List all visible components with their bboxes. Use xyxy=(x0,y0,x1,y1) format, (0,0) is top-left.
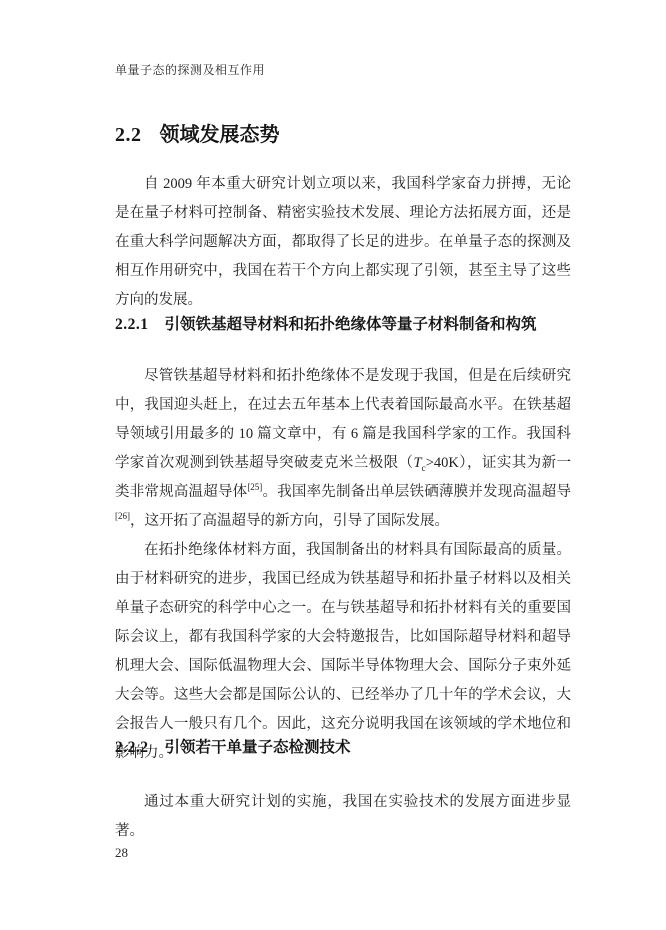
citation-ref-25: [25] xyxy=(247,482,262,492)
section-title: 2.2领域发展态势 xyxy=(115,118,280,147)
subsection1-body-block: 尽管铁基超导材料和拓扑绝缘体不是发现于我国，但是在后续研究中，我国迎头赶上，在过… xyxy=(115,362,571,768)
page-number: 28 xyxy=(115,845,128,861)
subsection-title-text: 引领若干单量子态检测技术 xyxy=(165,739,351,756)
para-a-text-3: 。我国率先制备出单层铁硒薄膜并发现高温超导 xyxy=(262,484,571,500)
subsection1-paragraph-b: 在拓扑绝缘体材料方面，我国制备出的材料具有国际最高的质量。由于材料研究的进步，我… xyxy=(115,536,571,768)
subsection1-paragraph-a: 尽管铁基超导材料和拓扑绝缘体不是发现于我国，但是在后续研究中，我国迎头赶上，在过… xyxy=(115,362,571,536)
subsection-number: 2.2.2 xyxy=(115,739,149,756)
document-page: 单量子态的探测及相互作用 2.2领域发展态势 自 2009 年本重大研究计划立项… xyxy=(0,0,666,930)
formula-tc-condition: >40K xyxy=(426,455,459,471)
subsection-heading-222: 2.2.2引领若干单量子态检测技术 xyxy=(115,735,571,757)
subsection-heading-221: 2.2.1引领铁基超导材料和拓扑绝缘体等量子材料制备和构筑 xyxy=(115,312,571,334)
subsection2-paragraph: 通过本重大研究计划的实施，我国在实验技术的发展方面进步显著。 xyxy=(115,788,571,846)
subsection2-body-block: 通过本重大研究计划的实施，我国在实验技术的发展方面进步显著。 xyxy=(115,788,571,846)
citation-ref-26: [26] xyxy=(115,511,130,521)
intro-paragraph: 自 2009 年本重大研究计划立项以来，我国科学家奋力拼搏，无论是在量子材料可控… xyxy=(115,170,571,315)
running-header: 单量子态的探测及相互作用 xyxy=(115,61,265,78)
section-title-text: 领域发展态势 xyxy=(160,124,280,146)
intro-paragraph-block: 自 2009 年本重大研究计划立项以来，我国科学家奋力拼搏，无论是在量子材料可控… xyxy=(115,170,571,315)
subsection-title-text: 引领铁基超导材料和拓扑绝缘体等量子材料制备和构筑 xyxy=(165,316,537,333)
para-a-text-4: ，这开拓了高温超导的新方向，引导了国际发展。 xyxy=(130,513,449,529)
section-number: 2.2 xyxy=(115,124,142,146)
subsection-number: 2.2.1 xyxy=(115,316,149,333)
formula-tc-symbol: T xyxy=(413,455,421,471)
